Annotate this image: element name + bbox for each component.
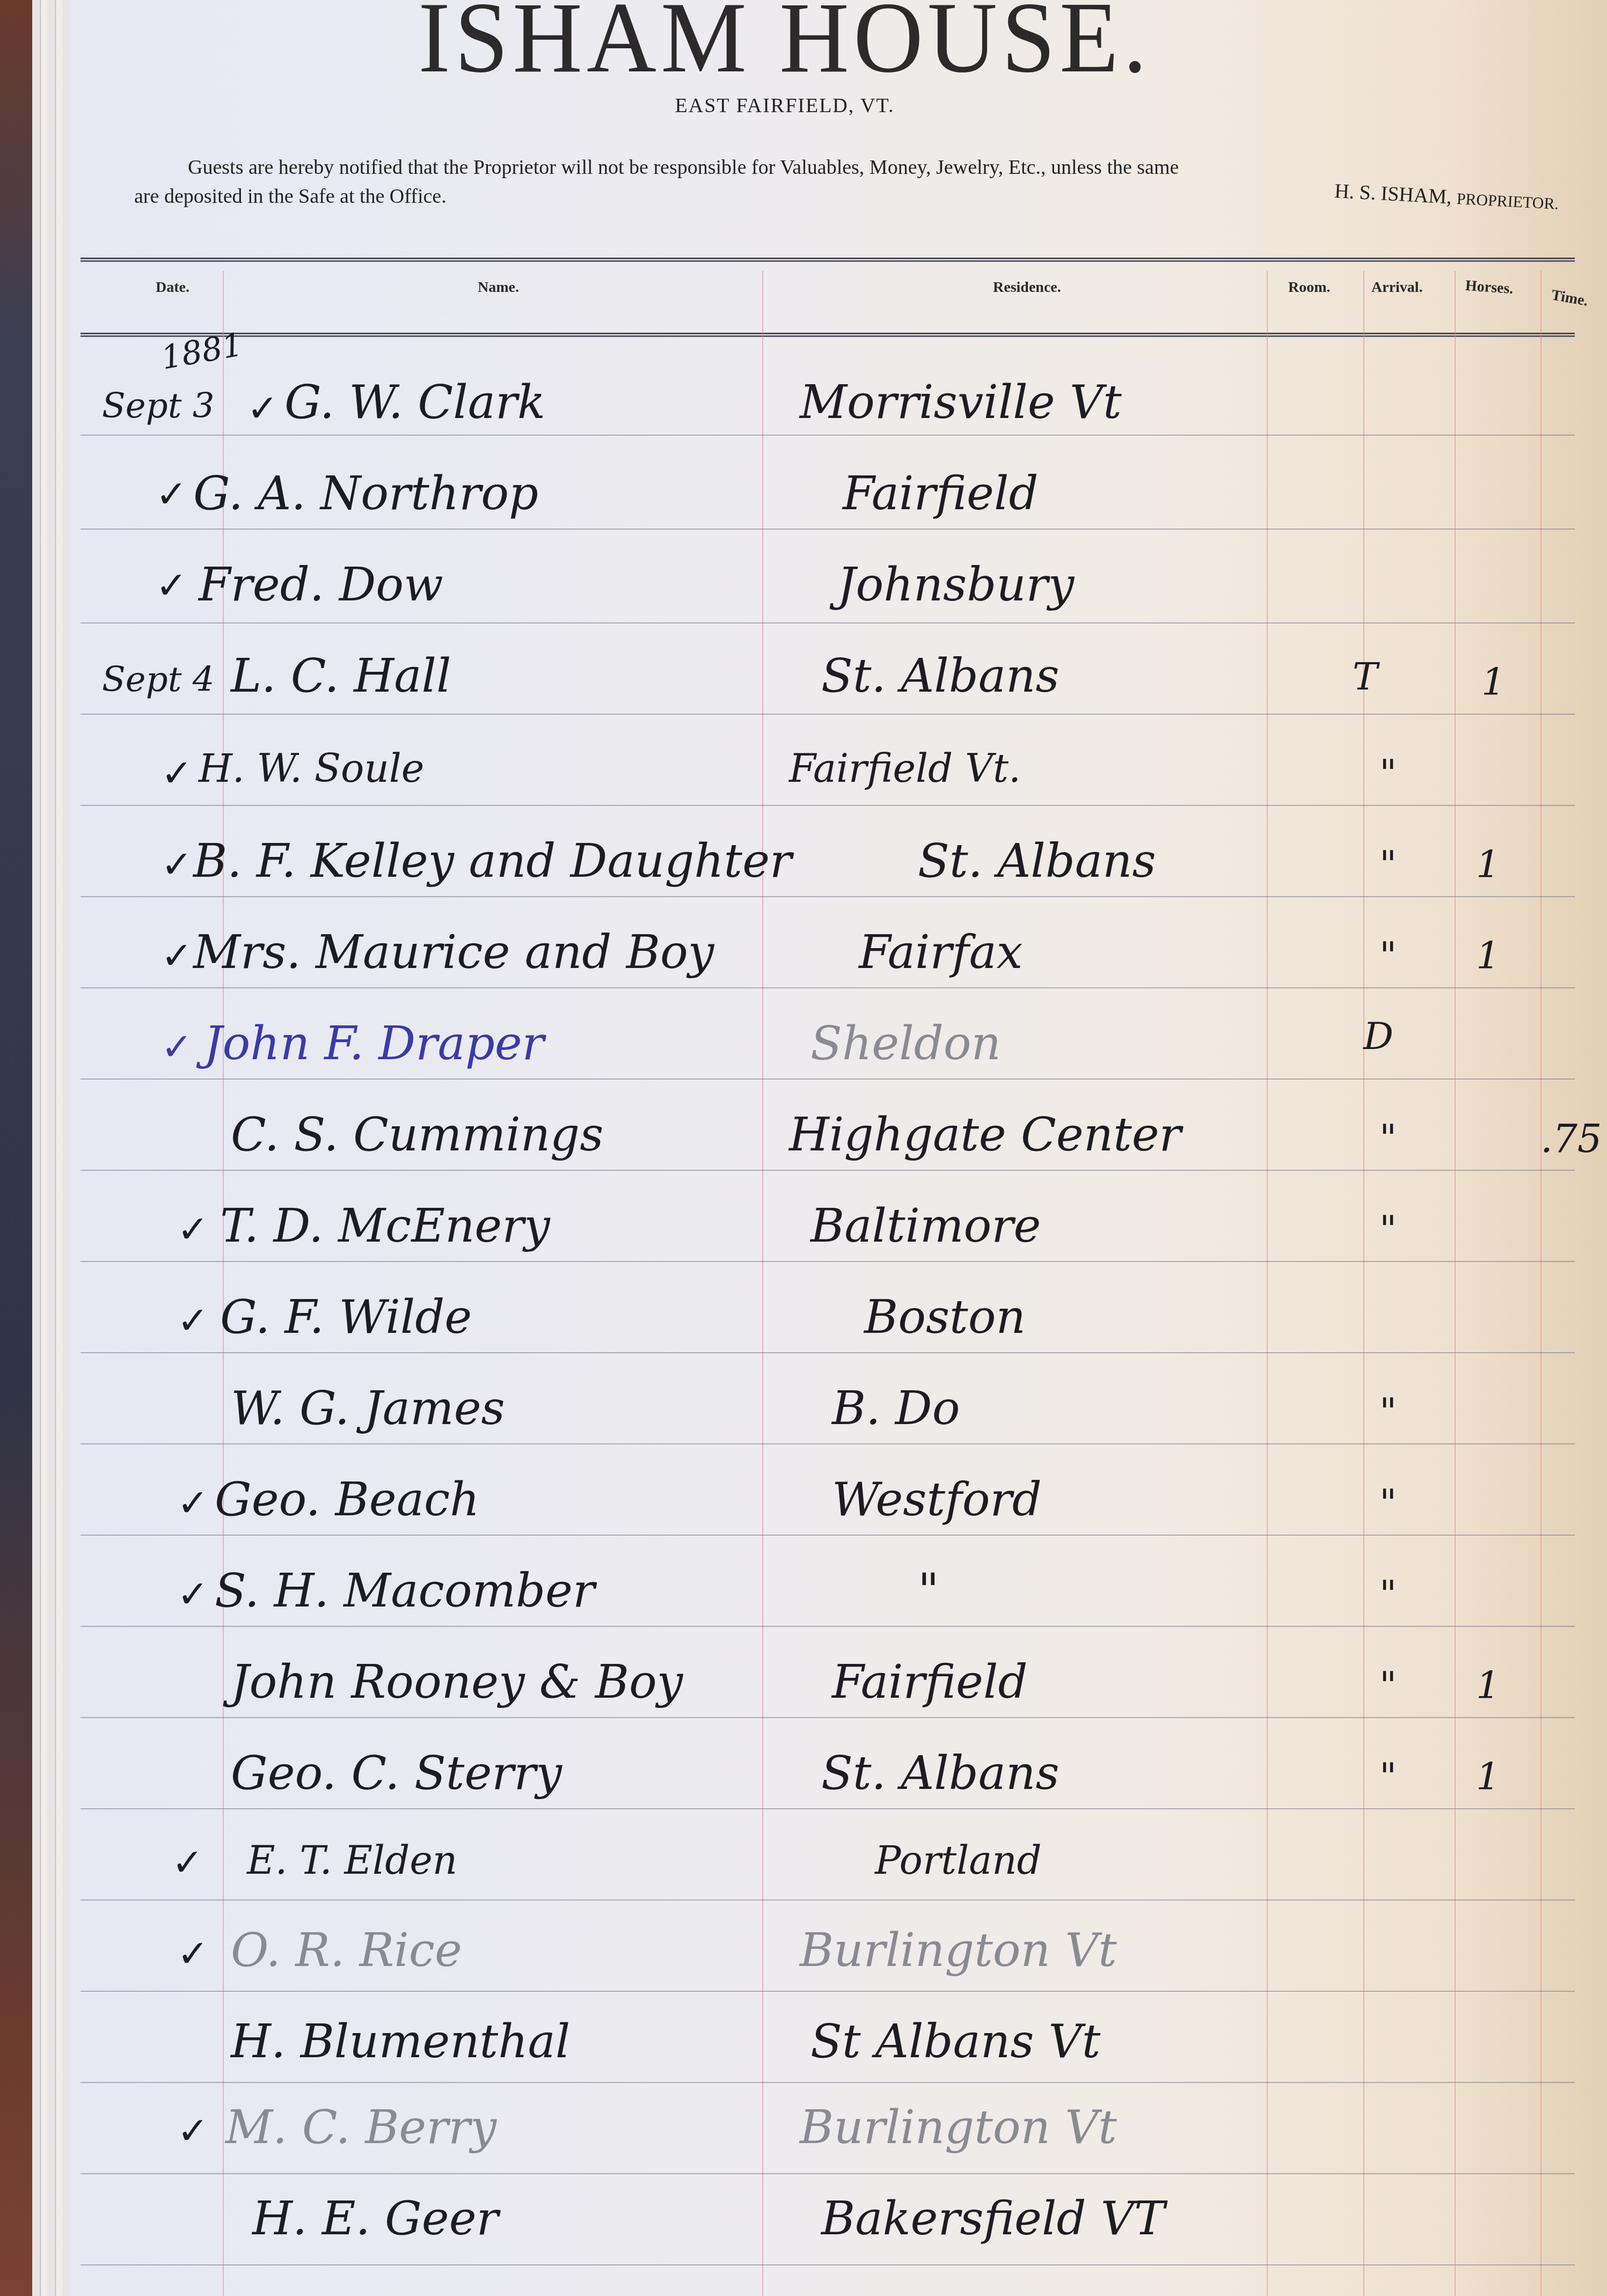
guest-name: John Rooney & Boy <box>231 1655 683 1709</box>
row-rule <box>81 1626 1575 1627</box>
arrival-mark: T <box>1353 655 1378 699</box>
guest-residence: Portland <box>875 1838 1042 1883</box>
column-header-arrival: Arrival. <box>1371 279 1423 296</box>
column-header-room: Room. <box>1288 279 1331 296</box>
row-rule <box>81 529 1575 530</box>
check-mark-icon: ✓ <box>161 751 193 795</box>
guest-name: John F. Draper <box>204 1017 544 1070</box>
guest-name: B. F. Kelley and Daughter <box>193 834 792 888</box>
notice-line-1: Guests are hereby notified that the Prop… <box>134 153 1583 182</box>
guest-name: S. H. Macomber <box>215 1564 595 1618</box>
column-divider-horses <box>1540 271 1542 2296</box>
guest-name: G. F. Wilde <box>220 1290 472 1344</box>
guest-residence: Fairfield Vt. <box>789 746 1021 791</box>
horses-count: 1 <box>1476 842 1500 886</box>
arrival-mark: " <box>1379 751 1397 795</box>
column-header-time: Time. <box>1550 287 1589 310</box>
row-rule <box>81 714 1575 715</box>
row-rule <box>81 435 1575 436</box>
row-rule <box>81 2173 1575 2174</box>
guest-residence: Sheldon <box>810 1017 1001 1070</box>
check-mark-icon: ✓ <box>177 1572 209 1616</box>
arrival-mark: " <box>1379 1116 1397 1160</box>
guest-residence: Johnsbury <box>837 558 1074 612</box>
row-rule <box>81 805 1575 806</box>
row-rule <box>81 1261 1575 1262</box>
guest-name: Geo. Beach <box>215 1473 479 1527</box>
column-header-date: Date. <box>156 279 189 296</box>
row-rule <box>81 1170 1575 1171</box>
guest-residence: " <box>918 1564 939 1618</box>
guest-residence: St. Albans <box>821 649 1060 703</box>
horses-count: 1 <box>1476 1663 1500 1707</box>
row-rule <box>81 987 1575 988</box>
horses-count: 1 <box>1481 660 1506 704</box>
guest-residence: Burlington Vt <box>800 1924 1117 1977</box>
arrival-mark: D <box>1363 1014 1393 1058</box>
arrival-mark: " <box>1379 1572 1397 1616</box>
row-rule <box>81 2082 1575 2083</box>
check-mark-icon: ✓ <box>156 563 187 607</box>
guest-residence: Highgate Center <box>789 1108 1181 1162</box>
guest-name: T. D. McEnery <box>220 1199 550 1253</box>
column-header-residence: Residence. <box>993 279 1061 296</box>
check-mark-icon: ✓ <box>177 1207 209 1251</box>
column-header-name: Name. <box>478 279 519 296</box>
row-rule <box>81 1535 1575 1536</box>
guest-residence: St. Albans <box>918 834 1156 888</box>
arrival-mark: " <box>1379 1663 1397 1707</box>
entry-date: Sept 4 <box>102 660 214 700</box>
horses-count: 1 <box>1476 934 1500 978</box>
arrival-mark: " <box>1379 1755 1397 1799</box>
check-mark-icon: ✓ <box>161 934 193 978</box>
guest-residence: St Albans Vt <box>810 2015 1100 2068</box>
entry-date: Sept 3 <box>102 386 214 426</box>
guest-name: G. A. Northrop <box>193 467 538 520</box>
row-rule <box>81 1443 1575 1444</box>
guest-name: E. T. Elden <box>247 1838 457 1883</box>
guest-name: L. C. Hall <box>231 649 451 703</box>
column-divider-room <box>1363 271 1364 2296</box>
column-header-horses: Horses. <box>1465 277 1514 298</box>
hotel-location: EAST FAIRFIELD, VT. <box>70 94 1500 118</box>
book-binding <box>0 0 32 2296</box>
guest-residence: Boston <box>864 1290 1026 1344</box>
row-rule <box>81 2264 1575 2265</box>
guest-residence: Baltimore <box>810 1199 1041 1253</box>
row-rule <box>81 1352 1575 1353</box>
guest-residence: Burlington Vt <box>800 2101 1117 2154</box>
row-rule <box>81 1808 1575 1809</box>
guest-residence: Fairfield <box>832 1655 1028 1709</box>
arrival-mark: " <box>1379 1481 1397 1525</box>
row-rule <box>81 1899 1575 1901</box>
guest-residence: St. Albans <box>821 1747 1060 1800</box>
column-divider-name <box>762 271 763 2296</box>
guest-residence: Morrisville Vt <box>800 376 1122 429</box>
guest-name: C. S. Cummings <box>231 1108 603 1162</box>
check-mark-icon: ✓ <box>177 2109 209 2153</box>
guest-residence: Westford <box>832 1473 1042 1527</box>
guest-name: W. G. James <box>231 1382 505 1435</box>
column-divider-arrival <box>1455 271 1456 2296</box>
guest-name: Fred. Dow <box>199 558 443 612</box>
check-mark-icon: ✓ <box>161 1025 193 1069</box>
register-page: ISHAM HOUSE. EAST FAIRFIELD, VT. Guests … <box>70 0 1607 2296</box>
guest-name: O. R. Rice <box>231 1924 462 1977</box>
arrival-mark: " <box>1379 934 1397 978</box>
guest-name: H. Blumenthal <box>231 2015 570 2068</box>
arrival-mark: " <box>1379 842 1397 886</box>
header-top-rule <box>81 258 1575 262</box>
row-rule <box>81 896 1575 897</box>
horses-count: 1 <box>1476 1755 1500 1799</box>
row-rule <box>81 1717 1575 1718</box>
row-rule <box>81 1991 1575 1992</box>
guest-name: H. W. Soule <box>199 746 424 791</box>
row-rule <box>81 622 1575 623</box>
hotel-title: ISHAM HOUSE. <box>70 0 1500 77</box>
guest-name: Mrs. Maurice and Boy <box>193 926 714 979</box>
check-mark-icon: ✓ <box>177 1299 209 1343</box>
guest-residence: Fairfield <box>843 467 1039 520</box>
guest-name: Geo. C. Sterry <box>231 1747 562 1800</box>
guest-residence: Fairfax <box>859 926 1022 979</box>
check-mark-icon: ✓ <box>177 1932 209 1976</box>
check-mark-icon: ✓ <box>156 472 187 516</box>
arrival-mark: " <box>1379 1207 1397 1251</box>
guest-name: H. E. Geer <box>252 2192 499 2246</box>
guest-residence: B. Do <box>832 1382 960 1435</box>
header-bottom-rule <box>81 333 1575 337</box>
column-divider-residence <box>1267 271 1268 2296</box>
check-mark-icon: ✓ <box>161 842 193 886</box>
guest-name: M. C. Berry <box>225 2101 496 2154</box>
guest-name: G. W. Clark <box>284 376 545 429</box>
arrival-mark: " <box>1379 1390 1397 1434</box>
check-mark-icon: ✓ <box>247 386 279 430</box>
check-mark-icon: ✓ <box>172 1840 203 1884</box>
check-mark-icon: ✓ <box>177 1481 209 1525</box>
guest-residence: Bakersfield VT <box>821 2192 1165 2246</box>
time-value: .75 <box>1540 1116 1602 1161</box>
proprietor-title: PROPRIETOR. <box>1456 190 1559 213</box>
row-rule <box>81 1079 1575 1080</box>
